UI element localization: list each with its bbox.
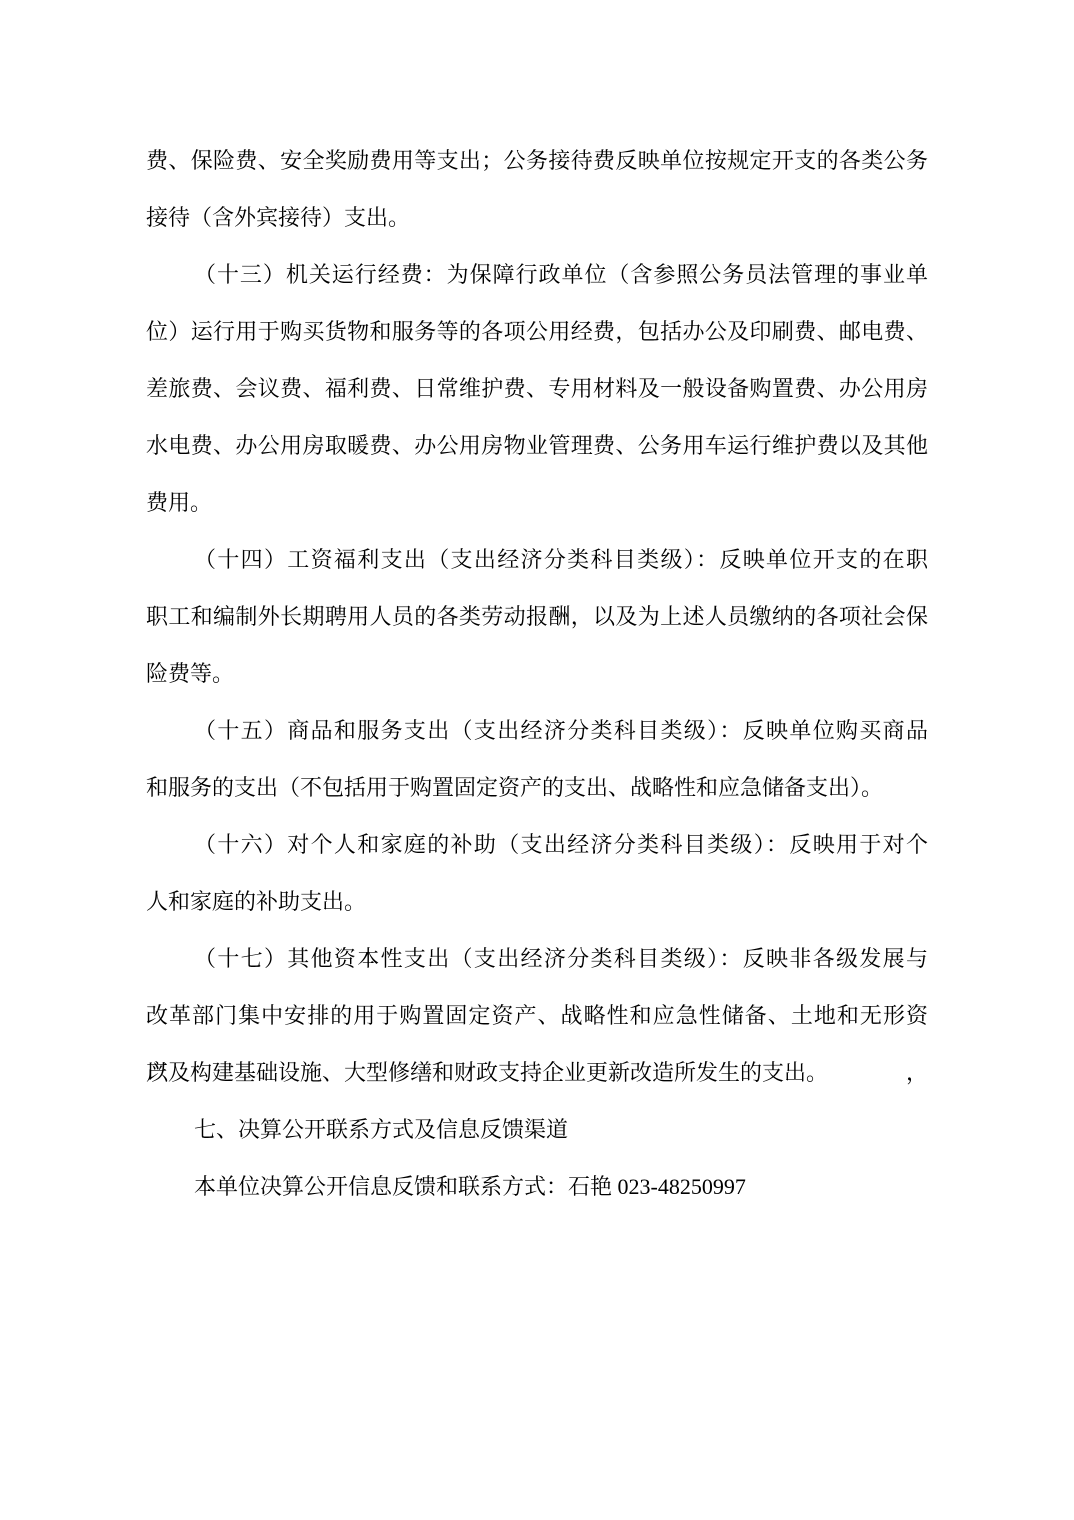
text-line: 差旅费、会议费、福利费、日常维护费、专用材料及一般设备购置费、办公用房: [146, 360, 928, 417]
para-15-goods-and-services-expenditure: （十五）商品和服务支出（支出经济分类科目类级）：反映单位购买商品和服务的支出（不…: [146, 702, 928, 816]
document-page: 费、保险费、安全奖励费用等支出；公务接待费反映单位按规定开支的各类公务接待（含外…: [0, 0, 1074, 1520]
text-line: 费用。: [146, 474, 928, 531]
text-line: 费、保险费、安全奖励费用等支出；公务接待费反映单位按规定开支的各类公务: [146, 132, 928, 189]
document-body: 费、保险费、安全奖励费用等支出；公务接待费反映单位按规定开支的各类公务接待（含外…: [146, 132, 928, 1215]
para-14-wage-and-welfare-expenditure: （十四）工资福利支出（支出经济分类科目类级）：反映单位开支的在职职工和编制外长期…: [146, 531, 928, 702]
text-line: 改革部门集中安排的用于购置固定资产、战略性和应急性储备、土地和无形资产，: [146, 987, 928, 1044]
text-line: （十四）工资福利支出（支出经济分类科目类级）：反映单位开支的在职: [146, 531, 928, 588]
section-heading-line: 七、决算公开联系方式及信息反馈渠道: [146, 1101, 928, 1158]
text-line: 人和家庭的补助支出。: [146, 873, 928, 930]
text-line: （十七）其他资本性支出（支出经济分类科目类级）：反映非各级发展与: [146, 930, 928, 987]
text-line: （十三）机关运行经费：为保障行政单位（含参照公务员法管理的事业单: [146, 246, 928, 303]
para-official-reception-continued: 费、保险费、安全奖励费用等支出；公务接待费反映单位按规定开支的各类公务接待（含外…: [146, 132, 928, 246]
text-line: （十五）商品和服务支出（支出经济分类科目类级）：反映单位购买商品: [146, 702, 928, 759]
heading-section-7-contact-channels: 七、决算公开联系方式及信息反馈渠道: [146, 1101, 928, 1158]
para-contact-info: 本单位决算公开信息反馈和联系方式：石艳 023-48250997: [146, 1158, 928, 1215]
para-13-agency-operating-funds: （十三）机关运行经费：为保障行政单位（含参照公务员法管理的事业单位）运行用于购买…: [146, 246, 928, 531]
text-line: 职工和编制外长期聘用人员的各类劳动报酬，以及为上述人员缴纳的各项社会保: [146, 588, 928, 645]
text-line: 接待（含外宾接待）支出。: [146, 189, 928, 246]
text-line: 本单位决算公开信息反馈和联系方式：石艳 023-48250997: [146, 1158, 928, 1215]
text-line: 和服务的支出（不包括用于购置固定资产的支出、战略性和应急储备支出）。: [146, 759, 928, 816]
text-line: 位）运行用于购买货物和服务等的各项公用经费，包括办公及印刷费、邮电费、: [146, 303, 928, 360]
text-line: 水电费、办公用房取暖费、办公用房物业管理费、公务用车运行维护费以及其他: [146, 417, 928, 474]
para-17-other-capital-expenditure: （十七）其他资本性支出（支出经济分类科目类级）：反映非各级发展与改革部门集中安排…: [146, 930, 928, 1101]
text-line: 以及构建基础设施、大型修缮和财政支持企业更新改造所发生的支出。: [146, 1044, 928, 1101]
text-line: 险费等。: [146, 645, 928, 702]
para-16-subsidies-to-individuals-and-families: （十六）对个人和家庭的补助（支出经济分类科目类级）：反映用于对个人和家庭的补助支…: [146, 816, 928, 930]
text-line: （十六）对个人和家庭的补助（支出经济分类科目类级）：反映用于对个: [146, 816, 928, 873]
